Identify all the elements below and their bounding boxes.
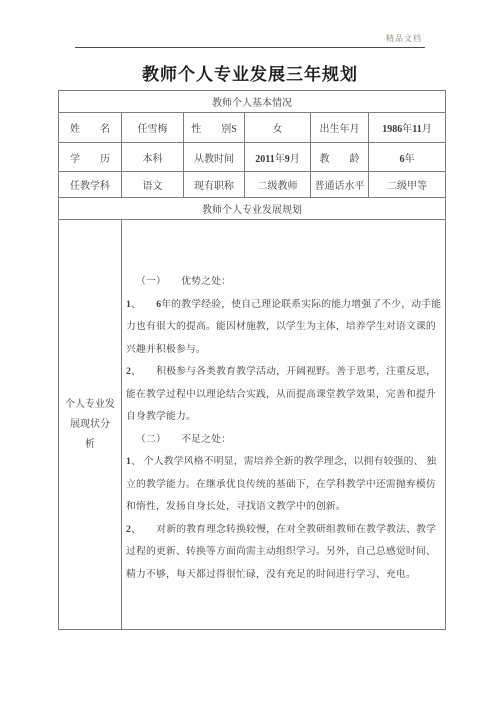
analysis-row: 个人专业发展现状分 析 （一） 优势之处： 1、 6年的教学经验，使自己理论联系… <box>59 220 446 630</box>
table-row: 学 历 本科 从教时间 2011年9月 教 龄 6年 <box>59 143 446 172</box>
section-header-basic-info: 教师个人基本情况 <box>59 91 446 113</box>
analysis-row-label: 个人专业发展现状分 析 <box>59 220 122 630</box>
header-divider <box>75 47 425 48</box>
table-row: 姓 名 任雪梅 性 别S 女 出生年月 1986年11月 <box>59 113 446 143</box>
section-row-plan: 教师个人专业发展规划 <box>59 198 446 220</box>
paragraph-advantage-1: 1、 6年的教学经验，使自己理论联系实际的能力增强了不少，动手能力也有很大的提高… <box>126 294 442 362</box>
page-title: 教师个人专业发展三年规划 <box>0 60 500 85</box>
mandarin-level-label: 普通话水平 <box>311 172 369 198</box>
paragraph-advantages-heading: （一） 优势之处： <box>126 271 442 294</box>
subject-value: 语文 <box>122 172 184 198</box>
name-value: 任雪梅 <box>122 113 184 143</box>
education-label: 学 历 <box>59 143 122 172</box>
teaching-since-value: 2011年9月 <box>245 143 311 172</box>
document-page: 精品文档 教师个人专业发展三年规划 教师个人基本情况 姓 名 任雪梅 性 别S … <box>0 0 500 708</box>
paragraph-shortcoming-1: 1、 个人教学风格不明显，需培养全新的教学理念，以拥有较强的、 独立的教学能力。… <box>126 451 442 519</box>
subject-label: 任教学科 <box>59 172 122 198</box>
paragraph-shortcoming-2: 2、 对新的教育理念转换较慢，在对全教研组教师在教学教法、教学过程的更新、转换等… <box>126 519 442 587</box>
teaching-age-label: 教 龄 <box>311 143 369 172</box>
teaching-age-value: 6年 <box>369 143 446 172</box>
education-value: 本科 <box>122 143 184 172</box>
paragraph-shortcomings-heading: （二） 不足之处： <box>126 429 442 452</box>
main-table: 教师个人基本情况 姓 名 任雪梅 性 别S 女 出生年月 1986年11月 学 … <box>58 90 446 630</box>
birthdate-label: 出生年月 <box>311 113 369 143</box>
name-label: 姓 名 <box>59 113 122 143</box>
birthdate-value: 1986年11月 <box>369 113 446 143</box>
job-title-label: 现有职称 <box>184 172 245 198</box>
job-title-value: 二级教师 <box>245 172 311 198</box>
mandarin-level-value: 二级甲等 <box>369 172 446 198</box>
section-row-basic-info: 教师个人基本情况 <box>59 91 446 113</box>
gender-value: 女 <box>245 113 311 143</box>
teaching-since-label: 从教时间 <box>184 143 245 172</box>
watermark-text: 精品文档 <box>386 33 422 44</box>
gender-label: 性 别S <box>184 113 245 143</box>
section-header-plan: 教师个人专业发展规划 <box>59 198 446 220</box>
table-row: 任教学科 语文 现有职称 二级教师 普通话水平 二级甲等 <box>59 172 446 198</box>
analysis-content-cell: （一） 优势之处： 1、 6年的教学经验，使自己理论联系实际的能力增强了不少，动… <box>122 220 446 630</box>
paragraph-advantage-2: 2、 积极参与各类教育教学活动，开阔视野。善于思考，注重反思，能在教学过程中以理… <box>126 361 442 429</box>
